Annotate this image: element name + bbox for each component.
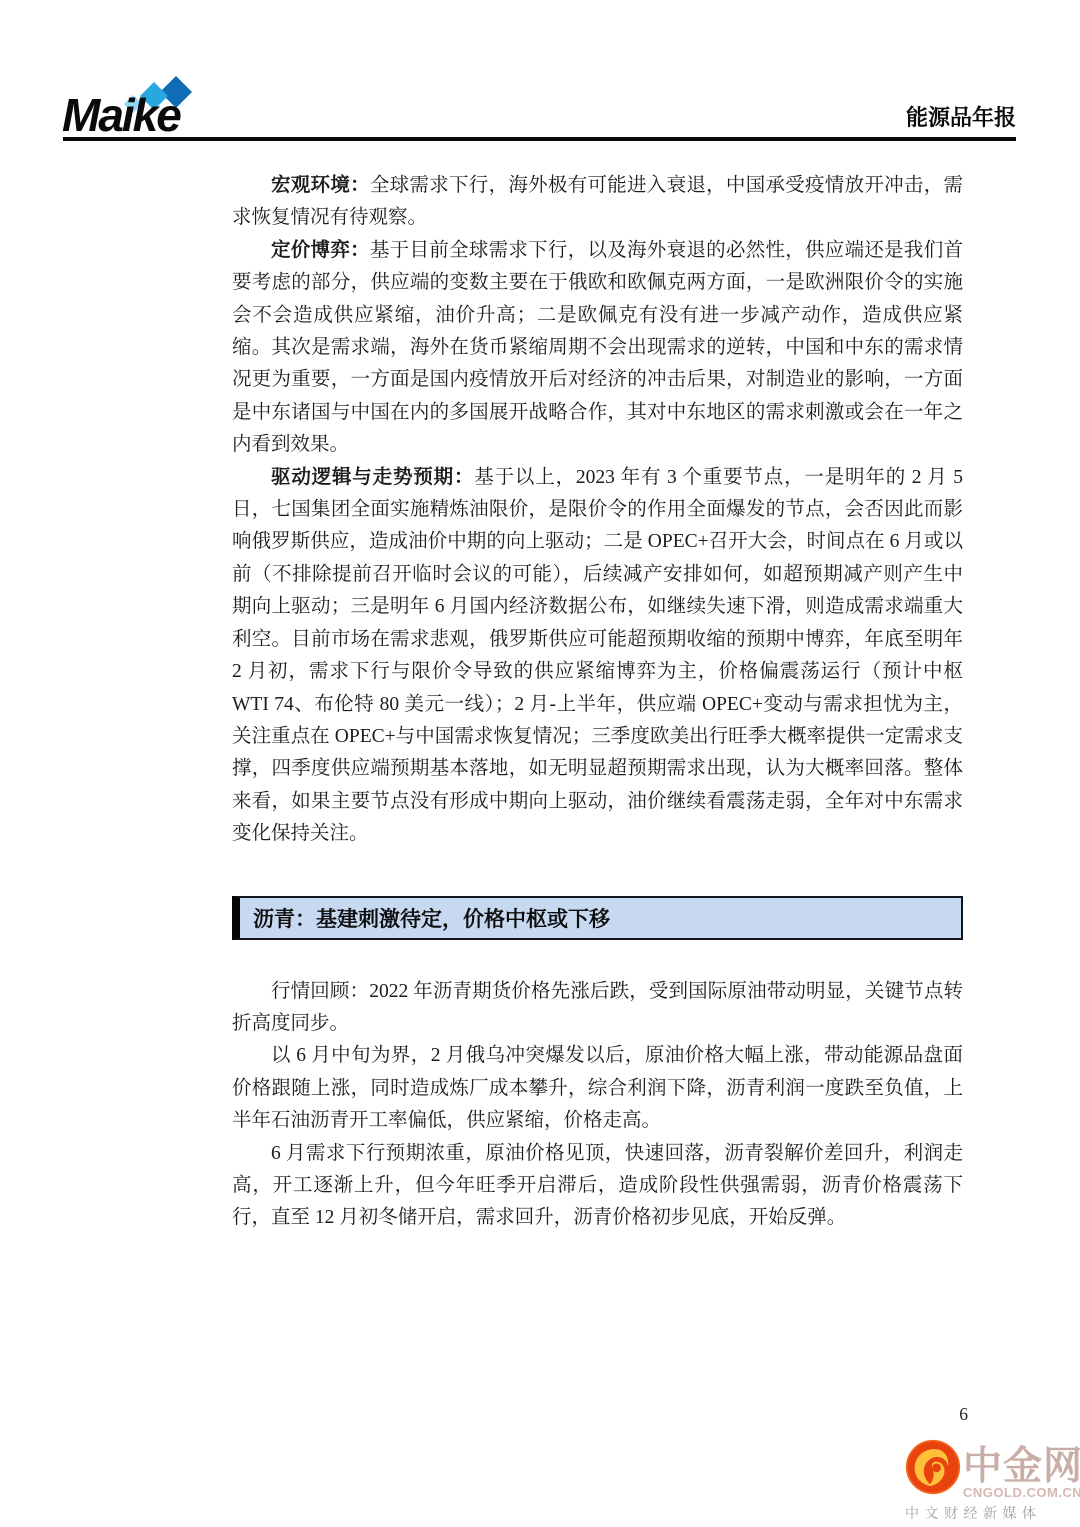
paragraph-text: 基于以上，2023 年有 3 个重要节点，一是明年的 2 月 5 日，七国集团全… bbox=[232, 467, 963, 844]
watermark-name: 中金网 bbox=[963, 1447, 1080, 1487]
paragraph-driver-logic: 驱动逻辑与走势预期：基于以上，2023 年有 3 个重要节点，一是明年的 2 月… bbox=[232, 462, 963, 851]
paragraph-pricing-game: 定价博弈：基于目前全球需求下行，以及海外衰退的必然性，供应端还是我们首要考虑的部… bbox=[232, 235, 963, 462]
report-type-label: 能源品年报 bbox=[906, 101, 1016, 132]
cngold-watermark: 中金网 CNGOLD.COM.CN 中文财经新媒体 bbox=[905, 1439, 1071, 1523]
logo-wordmark: Maike bbox=[62, 92, 180, 138]
paragraph-macro: 宏观环境：全球需求下行，海外极有可能进入衰退，中国承受疫情放开冲击，需求恢复情况… bbox=[232, 170, 963, 235]
paragraph-first-half: 以 6 月中旬为界，2 月俄乌冲突爆发以后，原油价格大幅上涨，带动能源品盘面价格… bbox=[232, 1040, 963, 1137]
paragraph-text: 6 月需求下行预期浓重，原油价格见顶，快速回落，沥青裂解价差回升，利润走高，开工… bbox=[232, 1143, 963, 1229]
watermark-url: CNGOLD.COM.CN bbox=[963, 1485, 1071, 1500]
paragraph-text: 基于目前全球需求下行，以及海外衰退的必然性，供应端还是我们首要考虑的部分，供应端… bbox=[232, 240, 963, 455]
page-header: Maike 能源品年报 bbox=[0, 0, 1080, 145]
paragraph-market-review: 行情回顾：2022 年沥青期货价格先涨后跌，受到国际原油带动明显，关键节点转折高… bbox=[232, 976, 963, 1041]
section-header-bar: 沥青：基建刺激待定，价格中枢或下移 bbox=[232, 896, 963, 940]
paragraph-second-half: 6 月需求下行预期浓重，原油价格见顶，快速回落，沥青裂解价差回升，利润走高，开工… bbox=[232, 1138, 963, 1235]
paragraph-label: 宏观环境： bbox=[271, 175, 370, 196]
document-body: 宏观环境：全球需求下行，海外极有可能进入衰退，中国承受疫情放开冲击，需求恢复情况… bbox=[232, 170, 963, 1235]
section-title: 沥青：基建刺激待定，价格中枢或下移 bbox=[253, 903, 610, 933]
paragraph-text: 以 6 月中旬为界，2 月俄乌冲突爆发以后，原油价格大幅上涨，带动能源品盘面价格… bbox=[232, 1045, 963, 1131]
watermark-tagline: 中文财经新媒体 bbox=[905, 1503, 1071, 1523]
paragraph-label: 驱动逻辑与走势预期： bbox=[271, 467, 474, 488]
page-number: 6 bbox=[959, 1404, 968, 1425]
paragraph-label: 定价博弈： bbox=[271, 240, 370, 261]
header-divider bbox=[63, 137, 1016, 141]
paragraph-text: 行情回顾：2022 年沥青期货价格先涨后跌，受到国际原油带动明显，关键节点转折高… bbox=[232, 981, 963, 1034]
red-gold-swirl-icon bbox=[905, 1439, 961, 1495]
maike-logo: Maike bbox=[62, 70, 282, 138]
report-page: { "header": { "brand": "Maike", "logo_ic… bbox=[0, 0, 1080, 1527]
